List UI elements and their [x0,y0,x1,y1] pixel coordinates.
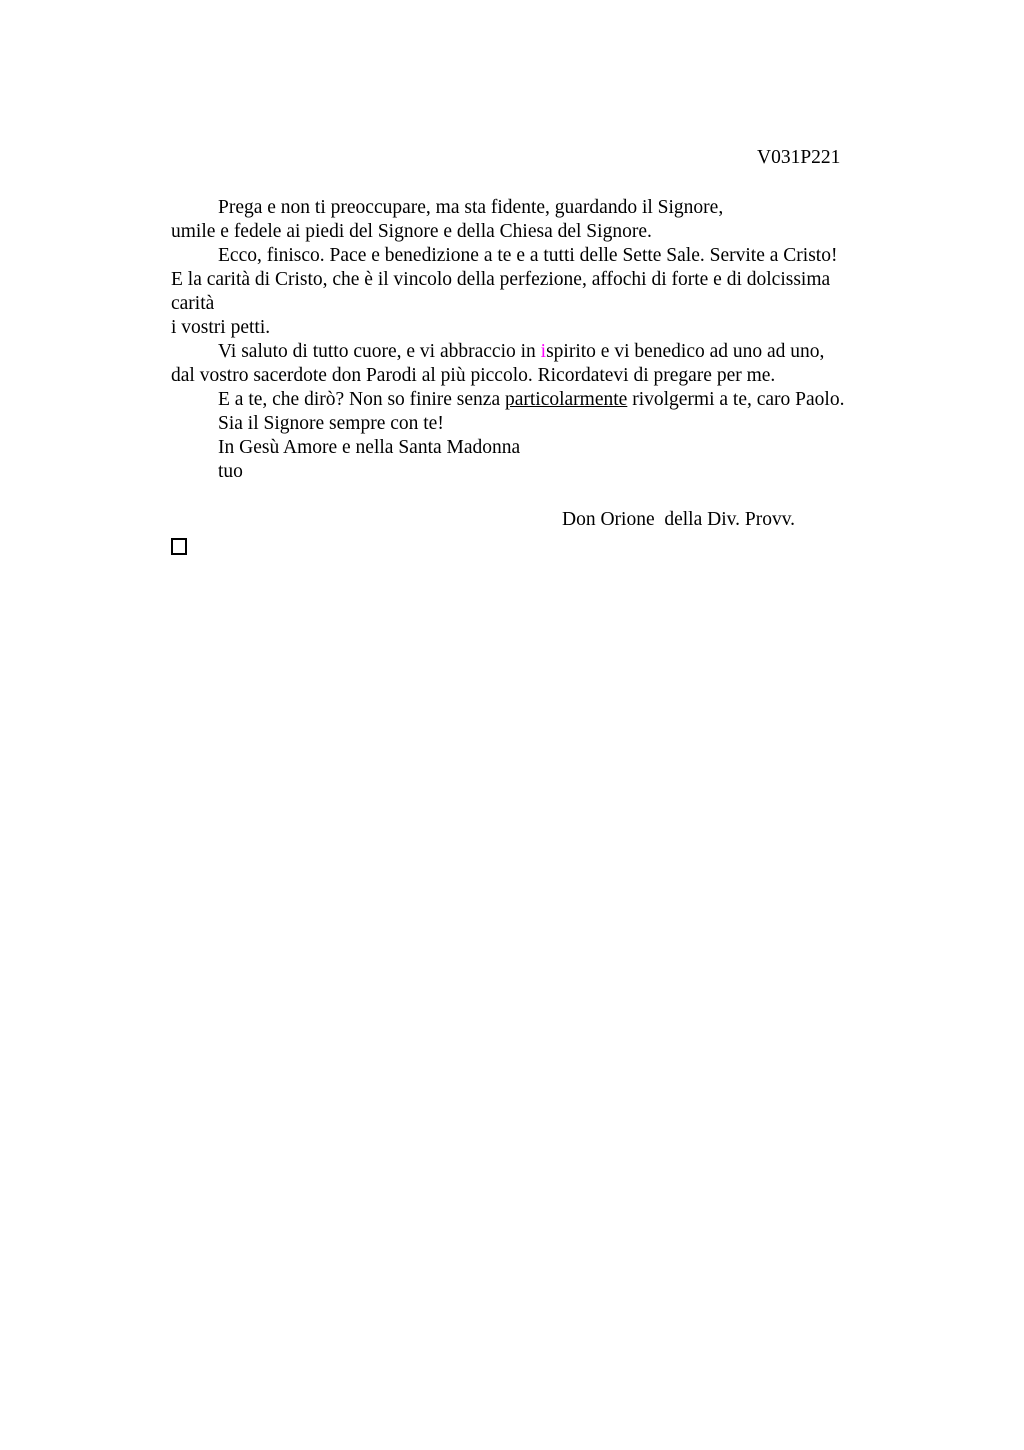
text-line: E la carità di Cristo, che è il vincolo … [171,268,887,292]
signature-line: Don Orione della Div. Provv. [562,508,795,532]
text-line: carità [171,292,887,316]
text-line: Sia il Signore sempre con te! [171,412,887,436]
document-page: V031P221 Prega e non ti preoccupare, ma … [0,0,1024,1450]
text-line: umile e fedele ai piedi del Signore e de… [171,220,887,244]
letter-body: Prega e non ti preoccupare, ma sta fiden… [171,196,887,484]
document-reference-code: V031P221 [757,146,840,170]
empty-checkbox-marker [171,538,187,555]
text-line: dal vostro sacerdote don Parodi al più p… [171,364,887,388]
text-segment: rivolgermi a te, caro Paolo. [627,389,844,410]
text-line: Prega e non ti preoccupare, ma sta fiden… [171,196,887,220]
text-segment: E a te, che dirò? Non so finire senza [218,389,505,410]
underlined-word: particolarmente [505,389,627,410]
text-segment: spirito e vi benedico ad uno ad uno, [546,341,824,362]
text-line: In Gesù Amore e nella Santa Madonna [171,436,887,460]
text-line: i vostri petti. [171,316,887,340]
text-line: tuo [171,460,887,484]
text-line: E a te, che dirò? Non so finire senza pa… [171,388,887,412]
text-line: Ecco, finisco. Pace e benedizione a te e… [171,244,887,268]
text-segment: Vi saluto di tutto cuore, e vi abbraccio… [218,341,541,362]
text-line: Vi saluto di tutto cuore, e vi abbraccio… [171,340,887,364]
